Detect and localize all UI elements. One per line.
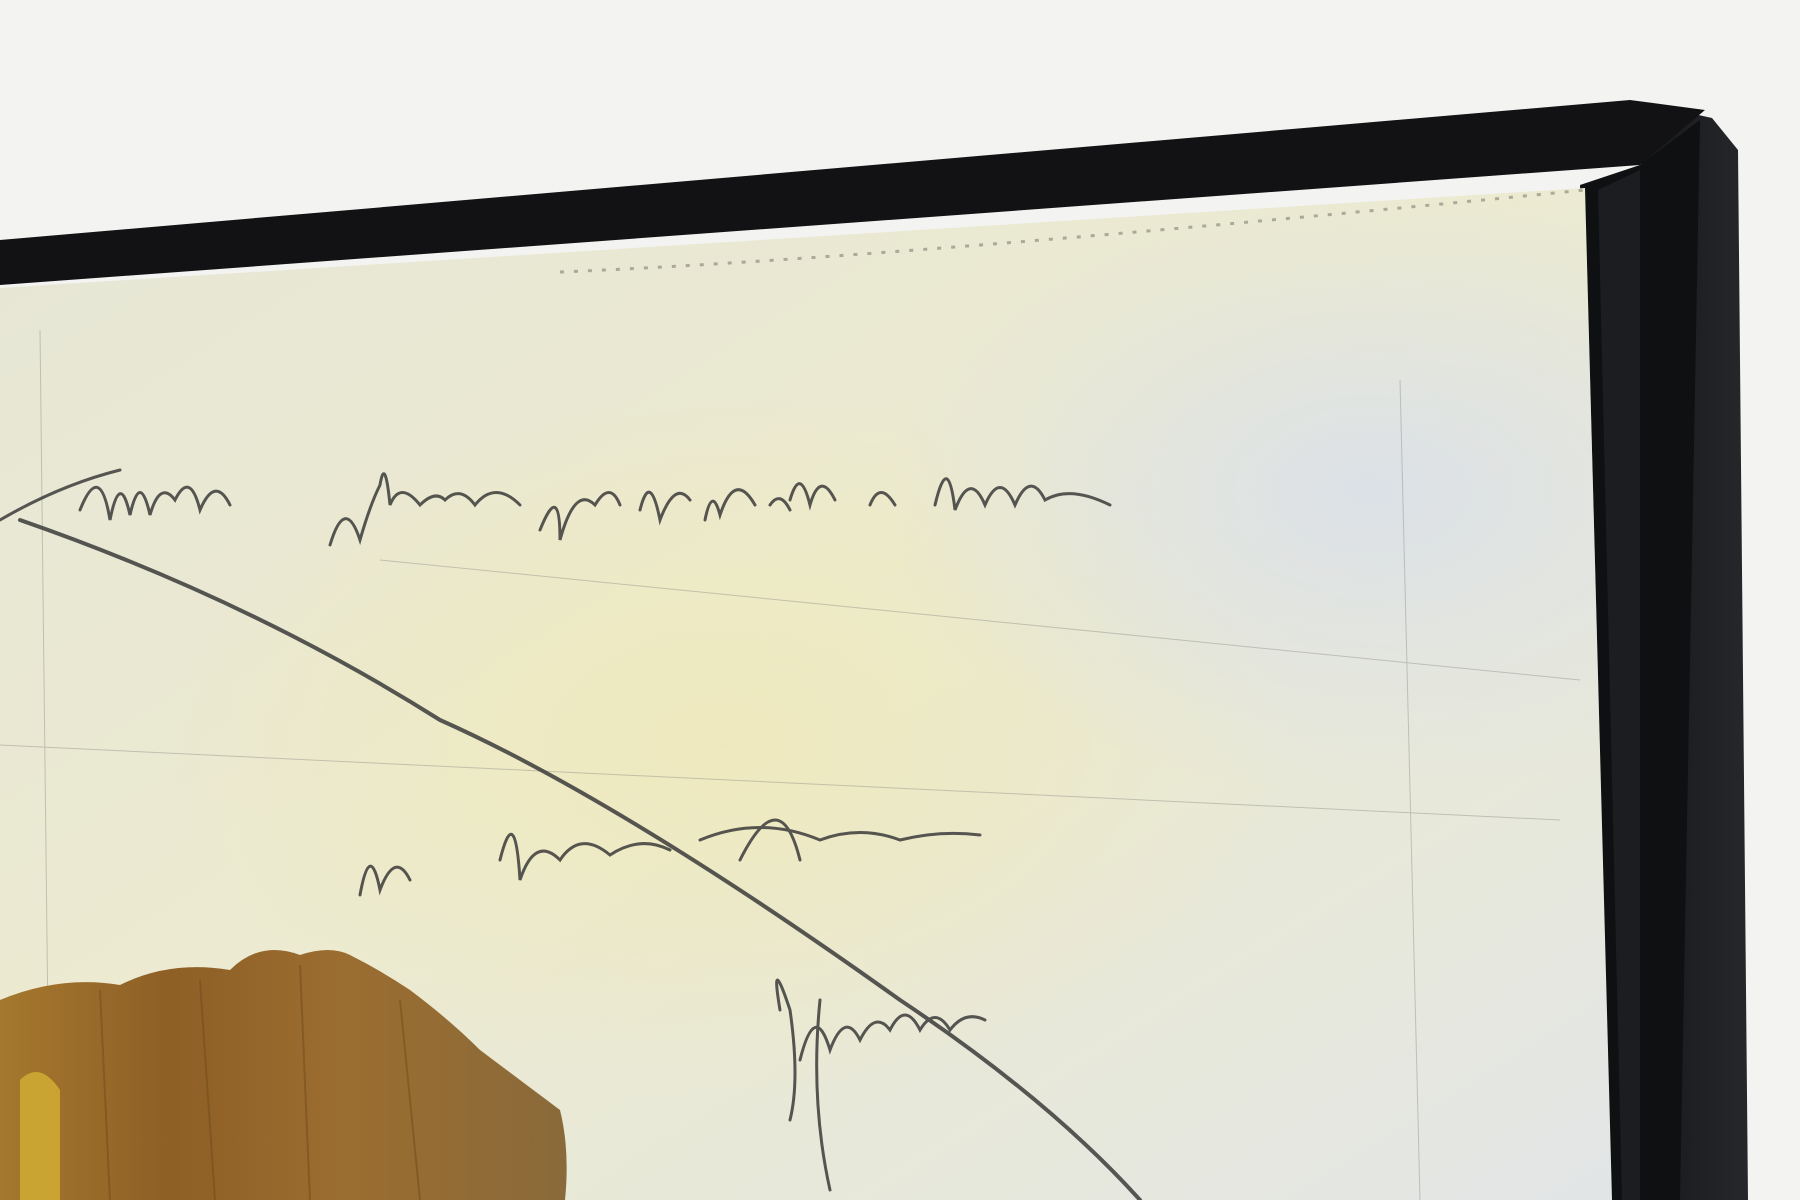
painting-photo xyxy=(0,0,1800,1200)
photo-scene xyxy=(0,0,1800,1200)
